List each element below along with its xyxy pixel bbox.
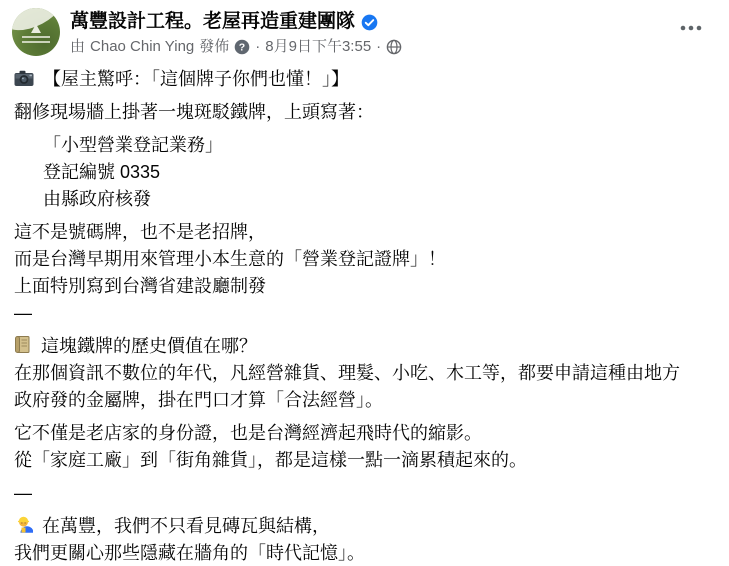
construction-worker-icon [14,514,33,534]
post-text: 在那個資訊不數位的年代，凡經營雜貨、理髮、小吃、木工等，都要申請這種由地方 [14,363,680,383]
post-text-line: 翻修現場牆上掛著一塊斑駁鐵牌，上頭寫著： [14,99,713,126]
byline-prefix: 由 [70,37,85,57]
post-text-line: 從「家庭工廠」到「街角雜貨」，都是這樣一點一滴累積起來的。 [14,447,713,474]
post-paragraph: 「小型營業登記業務」 登記編號 0335 由縣政府核發 [14,132,713,213]
scroll-icon [14,335,32,354]
facebook-post-card: 萬豐設計工程。老屋再造重建團隊 由 Chao Chin Ying 發佈 ? · … [0,0,729,566]
blue-diamond-icon [16,191,31,206]
post-text-line: 政府發的金屬牌，掛在門口才算「合法經營」。 [14,387,713,414]
post-paragraph: 這塊鐵牌的歷史價值在哪？在那個資訊不數位的年代，凡經營雜貨、理髮、小吃、木工等，… [14,333,713,414]
post-text: — [14,483,32,503]
byline-separator: · [376,37,381,57]
post-text-line: — [14,480,713,507]
post-text-line: 這不是號碼牌，也不是老招牌， [14,219,713,246]
post-text-line: 我們更關心那些隱藏在牆角的「時代記憶」。 [14,540,713,566]
post-text: 政府發的金屬牌，掛在門口才算「合法經營」。 [14,390,383,410]
post-paragraph: 【屋主驚呼：「這個牌子你們也懂！」】 [14,66,713,93]
post-text: 翻修現場牆上掛著一塊斑駁鐵牌，上頭寫著： [14,102,374,122]
post-text: 【屋主驚呼：「這個牌子你們也懂！」】 [43,69,349,89]
post-text-line: 由縣政府核發 [14,186,713,213]
post-text: 這塊鐵牌的歷史價值在哪？ [41,336,257,356]
blue-diamond-icon [16,137,31,152]
byline-action: 發佈 [199,37,229,57]
post-text: 我們更關心那些隱藏在牆角的「時代記憶」。 [14,543,365,563]
post-text-line: 它不僅是老店家的身份證，也是台灣經濟起飛時代的縮影。 [14,420,713,447]
post-text: 登記編號 0335 [43,162,160,182]
byline-separator: · [255,37,260,57]
camera-icon [14,70,34,87]
verified-badge-icon [361,14,378,31]
post-text: 「小型營業登記業務」 [43,135,223,155]
post-paragraph: 它不僅是老店家的身份證，也是台灣經濟起飛時代的縮影。從「家庭工廠」到「街角雜貨」… [14,420,713,474]
post-text-line: 【屋主驚呼：「這個牌子你們也懂！」】 [14,66,713,93]
post-timestamp[interactable]: 8月9日下午3:55 [265,37,371,57]
header-text: 萬豐設計工程。老屋再造重建團隊 由 Chao Chin Ying 發佈 ? · … [70,8,402,57]
post-options-button[interactable] [675,16,707,40]
post-text: 而是台灣早期用來管理小本生意的「營業登記證牌」！ [14,249,446,269]
blue-diamond-icon [16,164,31,179]
question-circle-icon[interactable]: ? [234,39,250,55]
post-text-line: 這塊鐵牌的歷史價值在哪？ [14,333,713,360]
avatar-logo-lines [22,36,50,43]
post-text-line: 在萬豐，我們不只看見磚瓦與結構， [14,513,713,540]
post-text: 這不是號碼牌，也不是老招牌， [14,222,266,242]
post-paragraph: — [14,480,713,507]
publisher-name-link[interactable]: Chao Chin Ying [90,37,194,57]
post-text-line: 上面特別寫到台灣省建設廳制發 [14,273,713,300]
page-name-link[interactable]: 萬豐設計工程。老屋再造重建團隊 [70,10,355,34]
globe-icon [386,39,402,55]
post-body-text: 【屋主驚呼：「這個牌子你們也懂！」】翻修現場牆上掛著一塊斑駁鐵牌，上頭寫著： 「… [0,57,729,566]
post-text: 在萬豐，我們不只看見磚瓦與結構， [42,516,330,536]
post-text: — [14,303,32,323]
post-paragraph: 這不是號碼牌，也不是老招牌，而是台灣早期用來管理小本生意的「營業登記證牌」！上面… [14,219,713,327]
post-text-line: — [14,300,713,327]
post-text-line: 登記編號 0335 [14,159,713,186]
ellipsis-icon [680,25,702,31]
post-text: 從「家庭工廠」到「街角雜貨」，都是這樣一點一滴累積起來的。 [14,450,527,470]
page-avatar[interactable] [12,8,60,56]
post-header: 萬豐設計工程。老屋再造重建團隊 由 Chao Chin Ying 發佈 ? · … [0,0,729,57]
post-text: 由縣政府核發 [43,189,151,209]
post-paragraph: 在萬豐，我們不只看見磚瓦與結構，我們更關心那些隱藏在牆角的「時代記憶」。 [14,513,713,566]
post-text: 它不僅是老店家的身份證，也是台灣經濟起飛時代的縮影。 [14,423,482,443]
post-paragraph: 翻修現場牆上掛著一塊斑駁鐵牌，上頭寫著： [14,99,713,126]
svg-text:?: ? [239,42,245,54]
post-text: 上面特別寫到台灣省建設廳制發 [14,276,266,296]
post-text-line: 「小型營業登記業務」 [14,132,713,159]
post-text-line: 而是台灣早期用來管理小本生意的「營業登記證牌」！ [14,246,713,273]
post-byline: 由 Chao Chin Ying 發佈 ? · 8月9日下午3:55 · [70,37,402,57]
post-text-line: 在那個資訊不數位的年代，凡經營雜貨、理髮、小吃、木工等，都要申請這種由地方 [14,360,713,387]
